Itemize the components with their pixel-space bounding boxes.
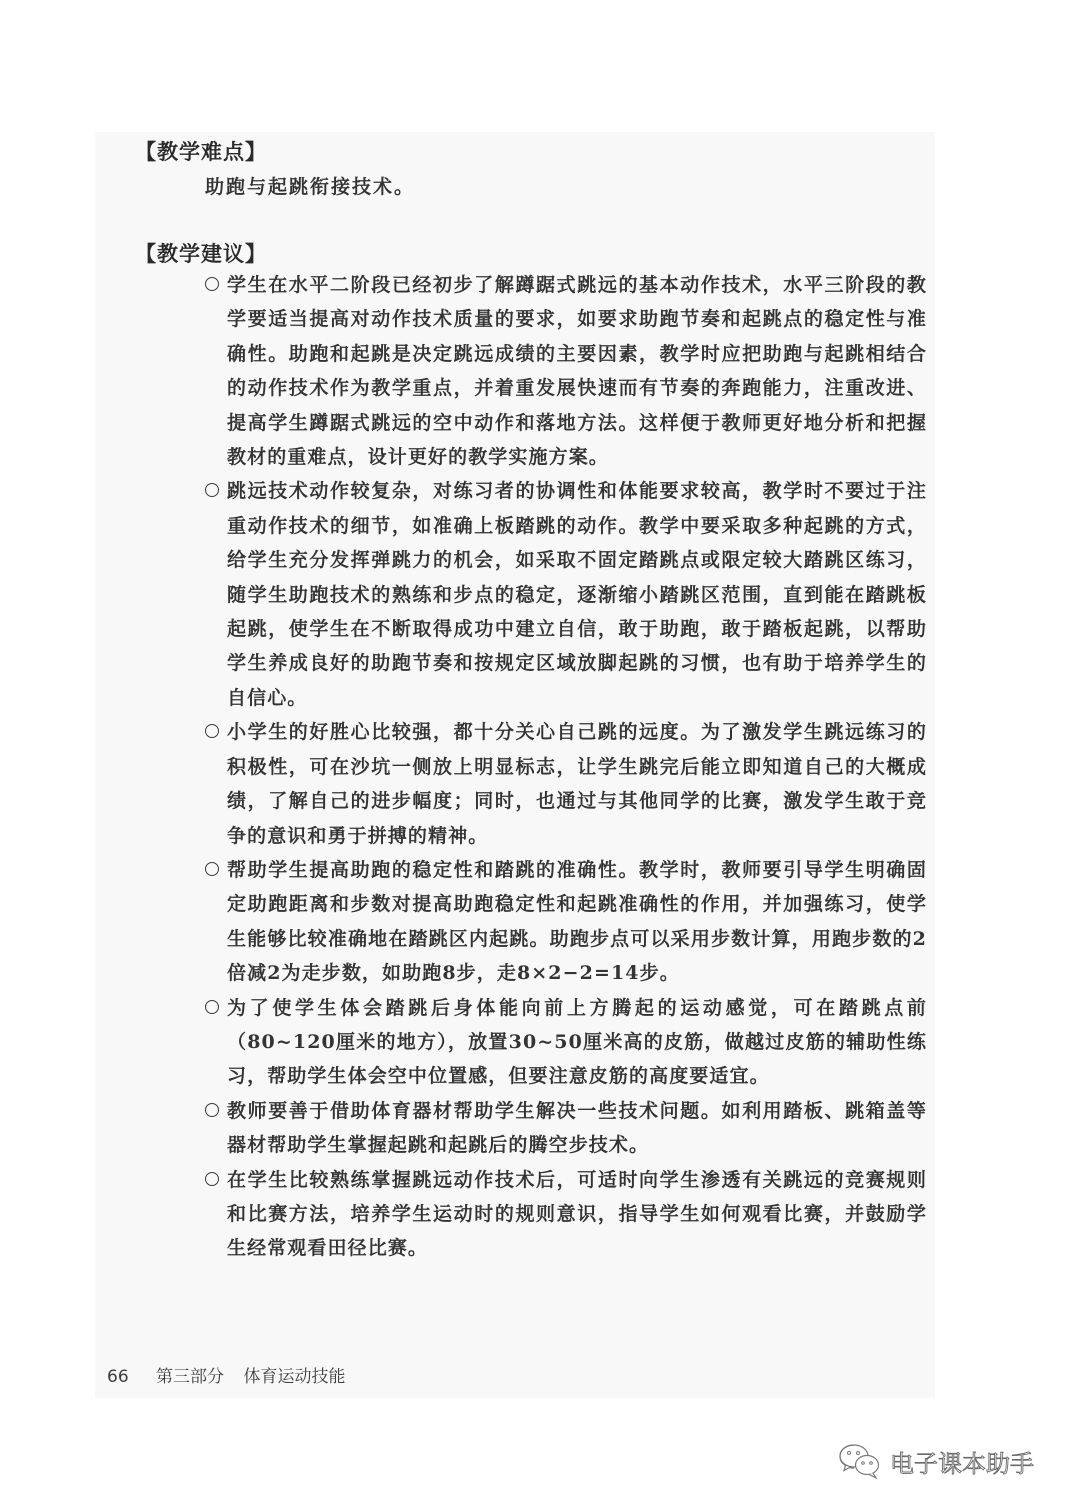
scanned-page: 【教学难点】 助跑与起跳衔接技术。 【教学建议】 学生在水平二阶段已经初步了解蹲…: [95, 132, 935, 1398]
part-label: 第三部分: [156, 1367, 224, 1387]
suggestion-item: 帮助学生提高助跑的稳定性和踏跳的准确性。教学时，教师要引导学生明确固定助跑距离和…: [205, 853, 927, 991]
suggestion-text: 教师要善于借助体育器材帮助学生解决一些技术问题。如利用踏板、跳箱盖等器材帮助学生…: [227, 1100, 927, 1156]
circle-bullet-icon: [205, 1000, 219, 1014]
circle-bullet-icon: [205, 277, 219, 291]
watermark: 电子课本助手: [838, 1442, 1034, 1480]
suggestion-list: 学生在水平二阶段已经初步了解蹲踞式跳远的基本动作技术，水平三阶段的教学要适当提高…: [205, 268, 927, 1266]
suggestion-text: 学生在水平二阶段已经初步了解蹲踞式跳远的基本动作技术，水平三阶段的教学要适当提高…: [227, 274, 927, 468]
circle-bullet-icon: [205, 483, 219, 497]
teaching-difficulty-text: 助跑与起跳衔接技术。: [205, 172, 415, 199]
suggestion-item: 跳远技术动作较复杂，对练习者的协调性和体能要求较高，教学时不要过于注重动作技术的…: [205, 474, 927, 715]
suggestion-item: 在学生比较熟练掌握跳远动作技术后，可适时向学生渗透有关跳远的竞赛规则和比赛方法，…: [205, 1163, 927, 1266]
circle-bullet-icon: [205, 1172, 219, 1186]
circle-bullet-icon: [205, 724, 219, 738]
page-number: 66: [107, 1367, 129, 1387]
suggestion-text: 在学生比较熟练掌握跳远动作技术后，可适时向学生渗透有关跳远的竞赛规则和比赛方法，…: [227, 1169, 927, 1260]
suggestion-text: 帮助学生提高助跑的稳定性和踏跳的准确性。教学时，教师要引导学生明确固定助跑距离和…: [227, 859, 927, 984]
suggestion-item: 教师要善于借助体育器材帮助学生解决一些技术问题。如利用踏板、跳箱盖等器材帮助学生…: [205, 1094, 927, 1163]
suggestion-item: 为了使学生体会踏跳后身体能向前上方腾起的运动感觉，可在踏跳点前（80~120厘米…: [205, 991, 927, 1094]
teaching-suggestions-heading: 【教学建议】: [135, 238, 267, 268]
suggestion-text: 为了使学生体会踏跳后身体能向前上方腾起的运动感觉，可在踏跳点前（80~120厘米…: [227, 997, 927, 1088]
watermark-text: 电子课本助手: [890, 1444, 1034, 1479]
wechat-icon: [838, 1442, 882, 1480]
suggestion-item: 学生在水平二阶段已经初步了解蹲踞式跳远的基本动作技术，水平三阶段的教学要适当提高…: [205, 268, 927, 474]
circle-bullet-icon: [205, 862, 219, 876]
chapter-label: 体育运动技能: [243, 1367, 345, 1387]
circle-bullet-icon: [205, 1103, 219, 1117]
suggestion-text: 跳远技术动作较复杂，对练习者的协调性和体能要求较高，教学时不要过于注重动作技术的…: [227, 480, 927, 708]
suggestion-item: 小学生的好胜心比较强，都十分关心自己跳的远度。为了激发学生跳远练习的积极性，可在…: [205, 715, 927, 853]
suggestion-text: 小学生的好胜心比较强，都十分关心自己跳的远度。为了激发学生跳远练习的积极性，可在…: [227, 721, 927, 846]
page-footer: 66 第三部分 体育运动技能: [107, 1362, 345, 1387]
teaching-difficulty-heading: 【教学难点】: [135, 136, 267, 166]
